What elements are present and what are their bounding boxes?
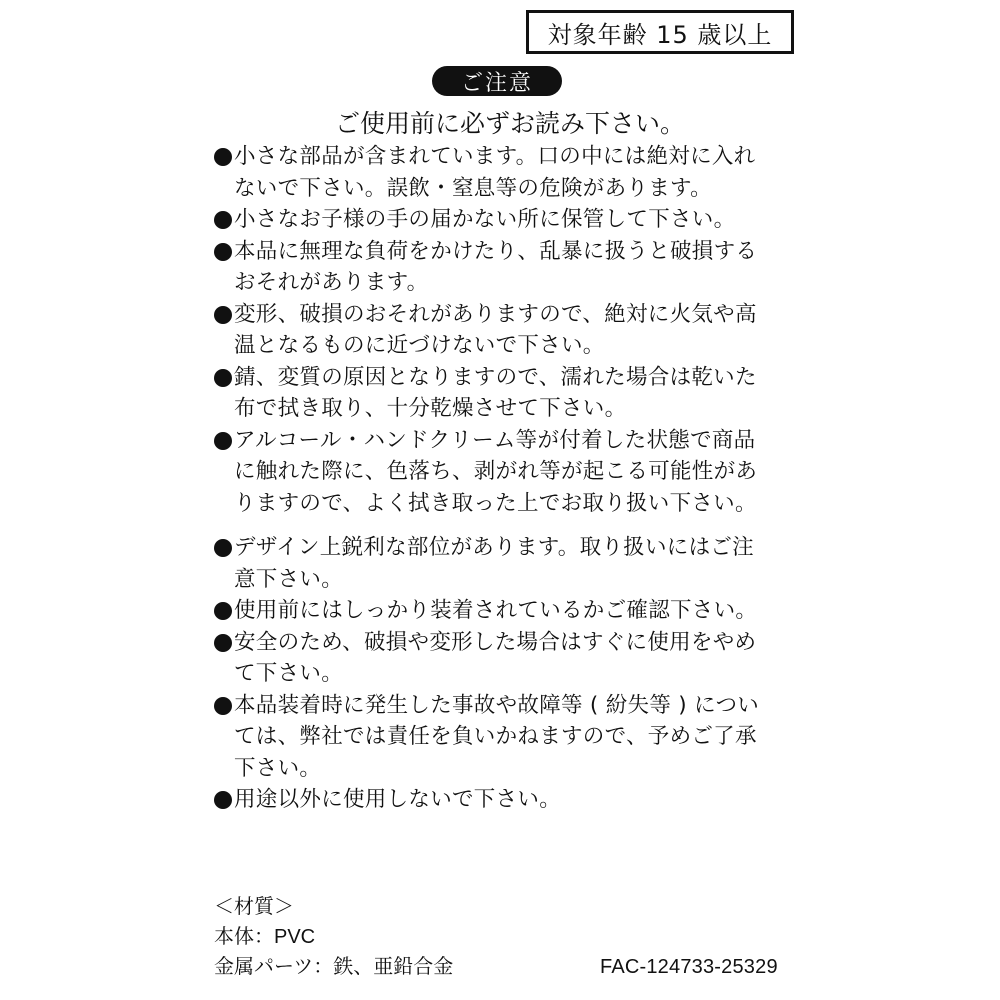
warning-line: 変形、破損のおそれがありますので、絶対に火気や高	[234, 299, 812, 331]
warning-item-liability: 本品装着時に発生した事故や故障等 ( 紛失等 ) につい ては、弊社では責任を負…	[212, 690, 812, 785]
warning-line: 錆、変質の原因となりますので、濡れた場合は乾いた	[234, 362, 812, 394]
warning-item-alcohol-cream: アルコール・ハンドクリーム等が付着した状態で商品 に触れた際に、色落ち、剥がれ等…	[212, 425, 812, 520]
warning-line: 安全のため、破損や変形した場合はすぐに使用をやめ	[234, 627, 812, 659]
read-before-use-subtitle: ご使用前に必ずお読み下さい。	[0, 104, 1000, 140]
bullet-icon	[214, 369, 232, 387]
bullet-icon	[214, 148, 232, 166]
caution-title-badge: ご注意	[432, 66, 562, 96]
warning-list: 小さな部品が含まれています。口の中には絶対に入れ ないで下さい。誤飲・窒息等の危…	[212, 141, 812, 816]
materials-body: 本体：PVC	[214, 922, 453, 952]
warning-line: に触れた際に、色落ち、剥がれ等が起こる可能性があ	[234, 456, 812, 488]
bullet-icon	[214, 432, 232, 450]
bullet-icon	[214, 791, 232, 809]
warning-line: 布で拭き取り、十分乾燥させて下さい。	[234, 393, 812, 425]
bullet-icon	[214, 634, 232, 652]
warning-item-stop-if-damaged: 安全のため、破損や変形した場合はすぐに使用をやめ て下さい。	[212, 627, 812, 690]
warning-item-rust: 錆、変質の原因となりますので、濡れた場合は乾いた 布で拭き取り、十分乾燥させて下…	[212, 362, 812, 425]
materials-section: ＜材質＞ 本体：PVC 金属パーツ：鉄、亜鉛合金	[214, 892, 453, 982]
age-restriction-text: 対象年齢 15 歳以上	[548, 15, 773, 50]
product-code: FAC-124733-25329	[600, 952, 778, 982]
caution-title-text: ご注意	[461, 66, 533, 97]
warning-line: ては、弊社では責任を負いかねますので、予めご了承	[234, 721, 812, 753]
bullet-icon	[214, 211, 232, 229]
age-restriction-box: 対象年齢 15 歳以上	[526, 10, 794, 54]
bullet-icon	[214, 602, 232, 620]
bullet-icon	[214, 539, 232, 557]
warning-line: アルコール・ハンドクリーム等が付着した状態で商品	[234, 425, 812, 457]
warning-item-small-parts: 小さな部品が含まれています。口の中には絶対に入れ ないで下さい。誤飲・窒息等の危…	[212, 141, 812, 204]
warning-line: て下さい。	[234, 658, 812, 690]
warning-item-sharp-parts: デザイン上鋭利な部位があります。取り扱いにはご注 意下さい。	[212, 532, 812, 595]
warning-line: 使用前にはしっかり装着されているかご確認下さい。	[234, 595, 812, 627]
warning-line: 本品装着時に発生した事故や故障等 ( 紛失等 ) につい	[234, 690, 812, 722]
warning-item-intended-use: 用途以外に使用しないで下さい。	[212, 784, 812, 816]
warning-line: 小さな部品が含まれています。口の中には絶対に入れ	[234, 141, 812, 173]
materials-metal-parts: 金属パーツ：鉄、亜鉛合金	[214, 952, 453, 982]
warning-line: デザイン上鋭利な部位があります。取り扱いにはご注	[234, 532, 812, 564]
warning-line: 用途以外に使用しないで下さい。	[234, 784, 812, 816]
bullet-icon	[214, 306, 232, 324]
materials-heading: ＜材質＞	[214, 892, 453, 922]
warning-item-check-attachment: 使用前にはしっかり装着されているかご確認下さい。	[212, 595, 812, 627]
warning-line: 温となるものに近づけないで下さい。	[234, 330, 812, 362]
warning-item-heat: 変形、破損のおそれがありますので、絶対に火気や高 温となるものに近づけないで下さ…	[212, 299, 812, 362]
warning-line: 意下さい。	[234, 564, 812, 596]
warning-line: 下さい。	[234, 753, 812, 785]
warning-line: りますので、よく拭き取った上でお取り扱い下さい。	[234, 488, 812, 520]
warning-line: おそれがあります。	[234, 267, 812, 299]
warning-line: 小さなお子様の手の届かない所に保管して下さい。	[234, 204, 812, 236]
warning-item-keep-away-children: 小さなお子様の手の届かない所に保管して下さい。	[212, 204, 812, 236]
bullet-icon	[214, 697, 232, 715]
warning-line: ないで下さい。誤飲・窒息等の危険があります。	[234, 173, 812, 205]
warning-line: 本品に無理な負荷をかけたり、乱暴に扱うと破損する	[234, 236, 812, 268]
bullet-icon	[214, 243, 232, 261]
warning-item-rough-handling: 本品に無理な負荷をかけたり、乱暴に扱うと破損する おそれがあります。	[212, 236, 812, 299]
